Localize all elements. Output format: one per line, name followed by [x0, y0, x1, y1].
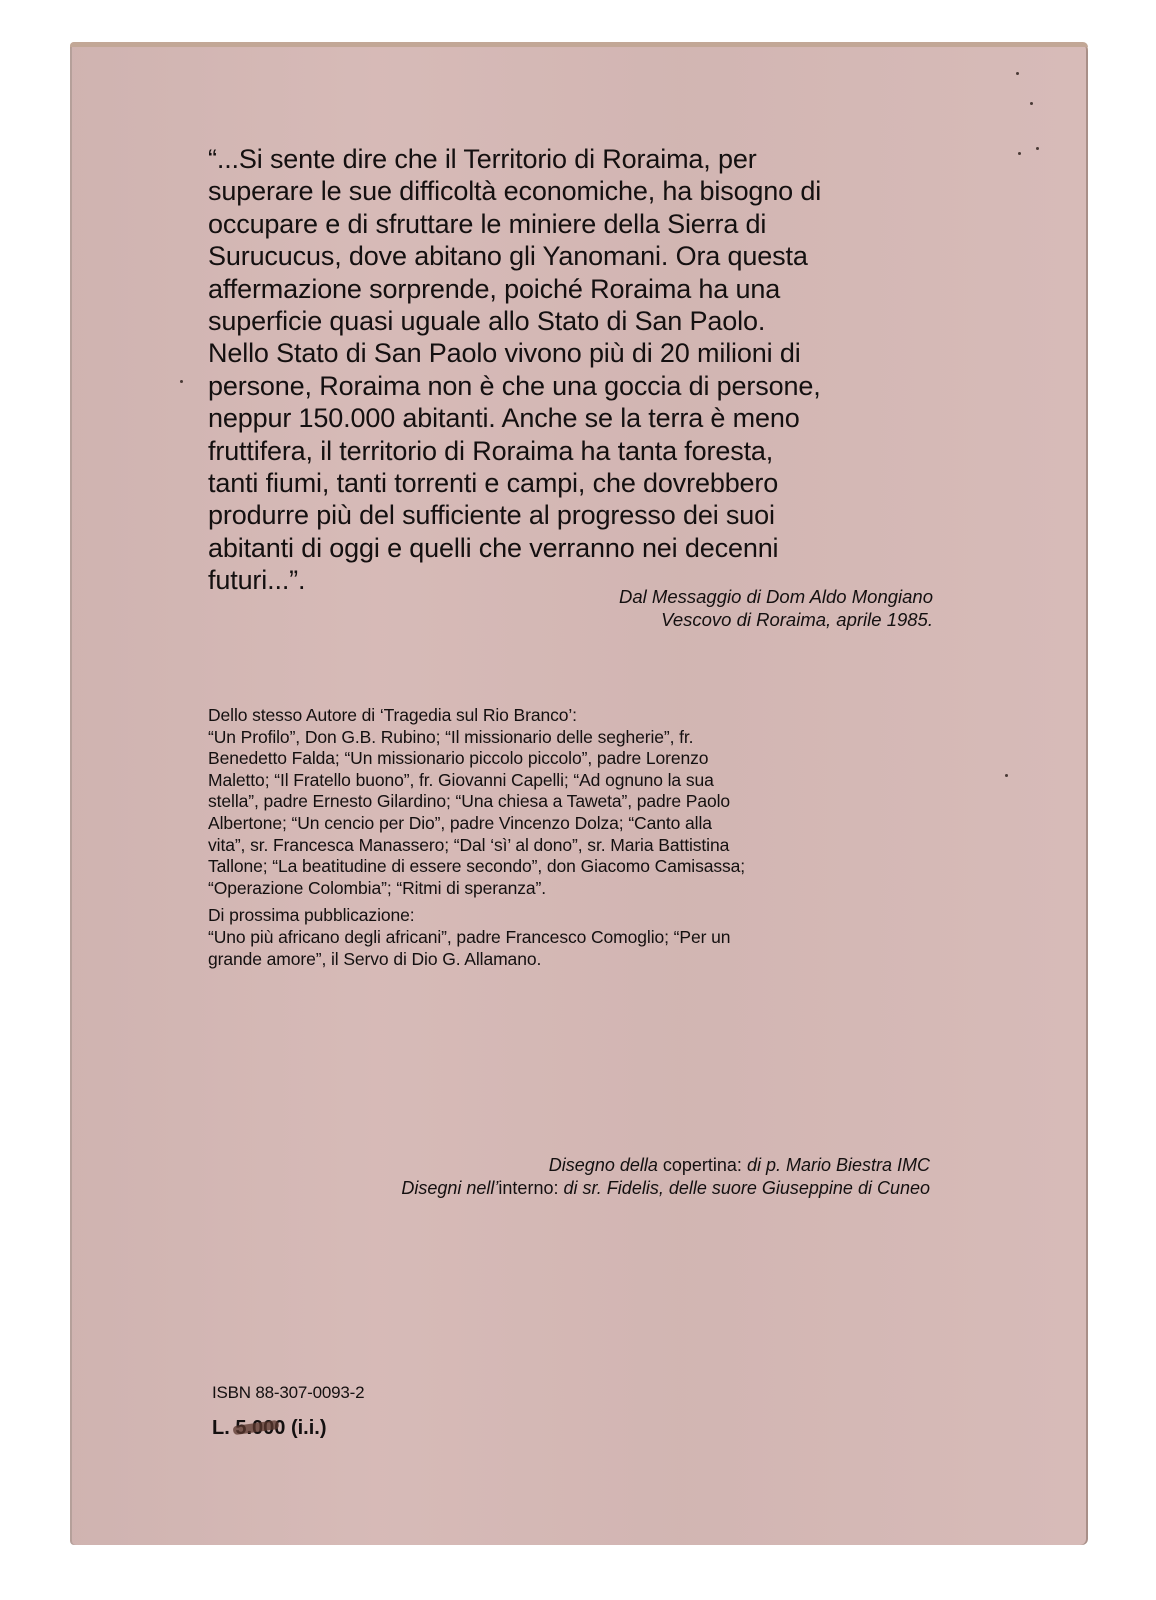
price-amount: 5.000 — [235, 1417, 285, 1440]
interior-credit-label: interno: — [498, 1178, 563, 1198]
interior-credit-value: di sr. Fidelis, delle suore Giuseppine d… — [563, 1178, 930, 1198]
cover-credit-label: copertina: — [658, 1155, 747, 1175]
book-back-cover: “...Si sente dire che il Territorio di R… — [70, 42, 1088, 1545]
paper-speck — [1036, 147, 1039, 150]
paper-speck — [180, 380, 183, 383]
interior-credit: Disegni nell’interno: di sr. Fidelis, de… — [401, 1177, 930, 1200]
other-works-heading: Dello stesso Autore di ‘Tragedia sul Rio… — [208, 705, 968, 727]
paper-speck — [1018, 152, 1021, 155]
paper-speck — [1005, 774, 1008, 777]
cover-credit-label-italic: Disegno della — [549, 1155, 658, 1175]
forthcoming-list: “Uno più africano degli africani”, padre… — [208, 927, 968, 970]
quote-attribution: Dal Messaggio di Dom Aldo Mongiano Vesco… — [619, 585, 933, 631]
cover-credit: Disegno della copertina: di p. Mario Bie… — [401, 1154, 930, 1177]
paper-speck — [1030, 102, 1033, 105]
illustration-credits: Disegno della copertina: di p. Mario Bie… — [401, 1154, 930, 1200]
other-works-list: “Un Profilo”, Don G.B. Rubino; “Il missi… — [208, 727, 968, 900]
forthcoming-heading: Di prossima pubblicazione: — [208, 905, 968, 927]
interior-credit-label-italic: Disegni nell’ — [401, 1178, 498, 1198]
paper-speck — [1016, 72, 1019, 75]
cover-credit-value: di p. Mario Biestra IMC — [747, 1155, 930, 1175]
attribution-source: Dal Messaggio di Dom Aldo Mongiano — [619, 585, 933, 608]
price: L. 5.000 (i.i.) — [212, 1417, 327, 1440]
bishop-quote: “...Si sente dire che il Territorio di R… — [208, 143, 968, 597]
price-tax-note: (i.i.) — [291, 1417, 327, 1439]
attribution-author: Vescovo di Roraima, aprile 1985. — [619, 608, 933, 631]
cover-top-edge — [70, 42, 1088, 47]
price-currency: L. — [212, 1417, 230, 1439]
isbn-number: ISBN 88-307-0093-2 — [212, 1383, 364, 1403]
other-works-section: Dello stesso Autore di ‘Tragedia sul Rio… — [208, 705, 968, 970]
